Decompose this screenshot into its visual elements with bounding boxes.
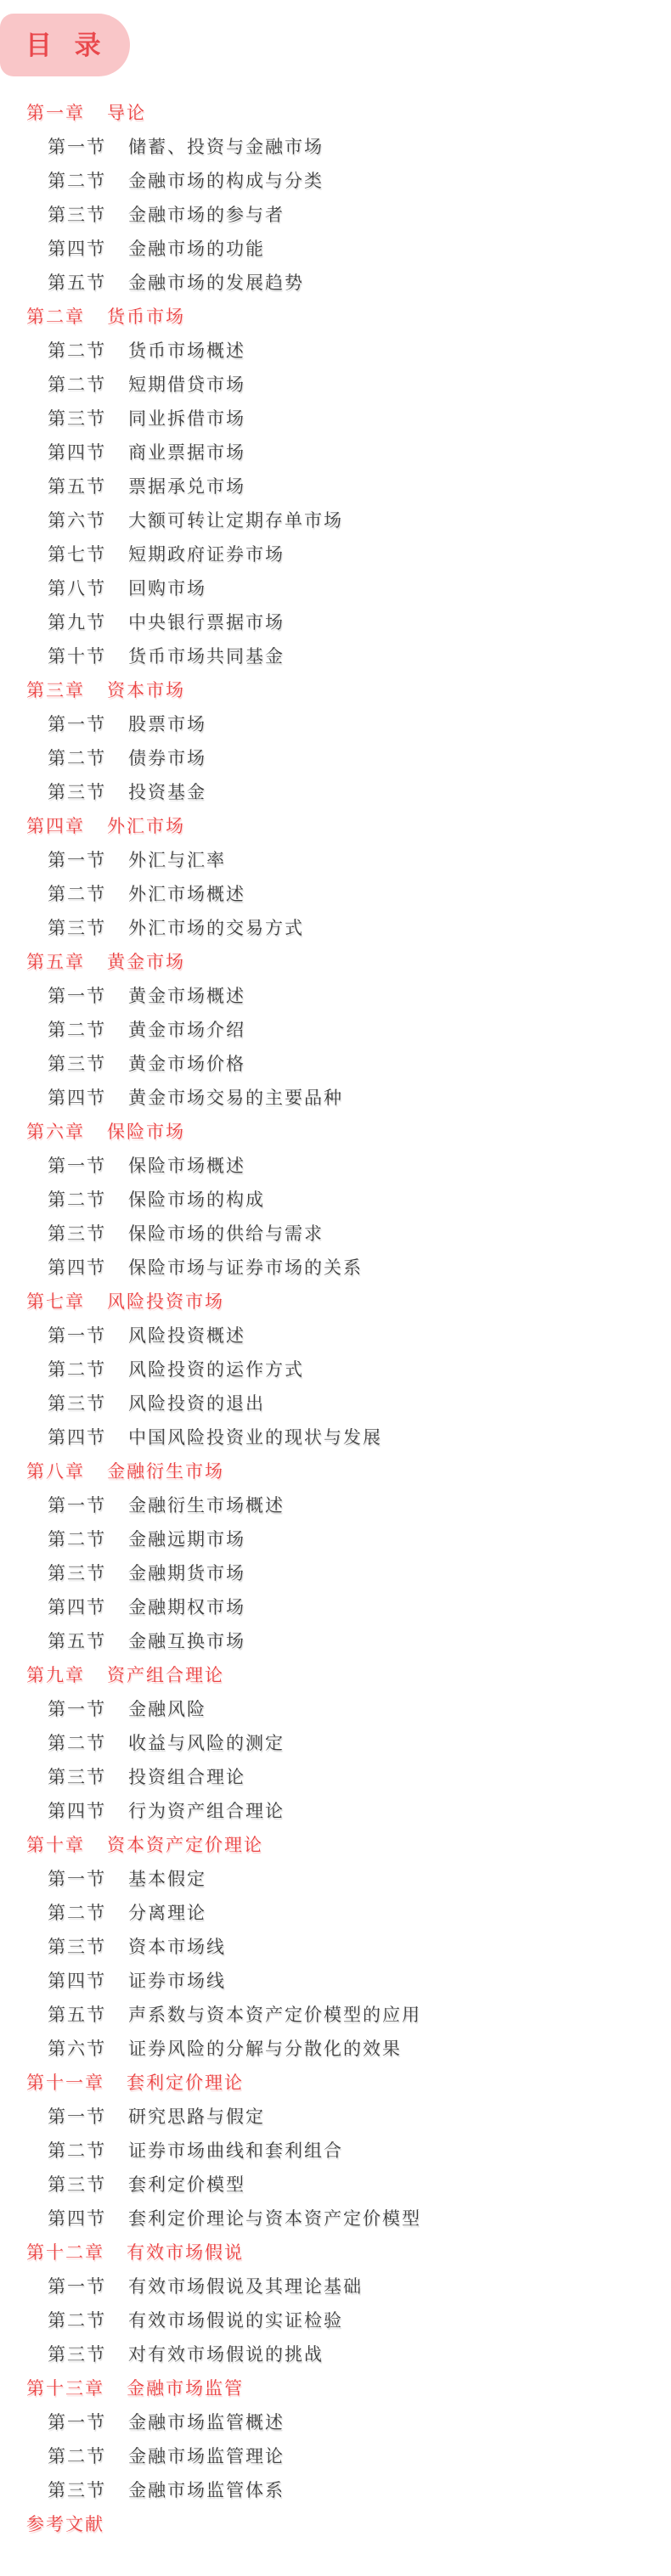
- chapter-title: 有效市场假说: [127, 2239, 244, 2264]
- section-title: 分离理论: [128, 1899, 206, 1925]
- section-title: 保险市场与证券市场的关系: [128, 1254, 363, 1280]
- toc-list: 第一章导论第一节储蓄、投资与金融市场第二节金融市场的构成与分类第三节金融市场的参…: [0, 95, 671, 2540]
- section-label: 第三节: [48, 1220, 106, 1246]
- section-label: 第一节: [48, 846, 106, 872]
- section-title: 套利定价理论与资本资产定价模型: [128, 2205, 421, 2230]
- section-title: 金融期权市场: [128, 1594, 245, 1619]
- section-label: 第四节: [48, 439, 106, 464]
- section-label: 第六节: [48, 507, 106, 532]
- section-title: 风险投资概述: [128, 1322, 245, 1347]
- section-title: 外汇与汇率: [128, 846, 226, 872]
- chapter-title: 资本资产定价理论: [107, 1831, 263, 1857]
- section-title: 储蓄、投资与金融市场: [128, 133, 324, 159]
- section-row: 第二节风险投资的运作方式: [0, 1352, 671, 1386]
- chapter-row: 第十二章有效市场假说: [0, 2235, 671, 2269]
- section-label: 第四节: [48, 2205, 106, 2230]
- section-row: 第三节对有效市场假说的挑战: [0, 2337, 671, 2371]
- chapter-row: 第五章黄金市场: [0, 944, 671, 978]
- section-row: 第三节风险投资的退出: [0, 1386, 671, 1420]
- section-title: 行为资产组合理论: [128, 1797, 285, 1823]
- section-row: 第五节声系数与资本资产定价模型的应用: [0, 1997, 671, 2031]
- section-title: 金融衍生市场概述: [128, 1492, 285, 1517]
- chapter-row: 参考文献: [0, 2506, 671, 2540]
- section-label: 第三节: [48, 201, 106, 227]
- section-row: 第二节货币市场概述: [0, 333, 671, 367]
- section-title: 外汇市场的交易方式: [128, 914, 304, 940]
- chapter-title: 金融衍生市场: [107, 1458, 224, 1483]
- section-row: 第一节基本假定: [0, 1861, 671, 1895]
- section-title: 有效市场假说及其理论基础: [128, 2273, 363, 2298]
- section-row: 第六节证券风险的分解与分散化的效果: [0, 2031, 671, 2065]
- section-label: 第一节: [48, 1322, 106, 1347]
- section-title: 货币市场概述: [128, 337, 245, 363]
- section-row: 第一节黄金市场概述: [0, 978, 671, 1012]
- chapter-title: 资本市场: [107, 677, 185, 702]
- section-label: 第二节: [48, 1356, 106, 1381]
- section-title: 声系数与资本资产定价模型的应用: [128, 2001, 421, 2027]
- section-label: 第六节: [48, 2035, 106, 2061]
- section-label: 第四节: [48, 1967, 106, 1993]
- section-title: 商业票据市场: [128, 439, 245, 464]
- section-title: 金融期货市场: [128, 1560, 245, 1585]
- section-title: 货币市场共同基金: [128, 643, 285, 668]
- section-label: 第三节: [48, 2171, 106, 2196]
- chapter-label: 第十三章: [26, 2375, 104, 2400]
- chapter-label: 第六章: [26, 1118, 85, 1144]
- section-row: 第二节金融市场的构成与分类: [0, 163, 671, 197]
- section-label: 第四节: [48, 1594, 106, 1619]
- section-label: 第五节: [48, 473, 106, 498]
- section-title: 风险投资的退出: [128, 1390, 265, 1415]
- section-title: 短期借贷市场: [128, 371, 245, 397]
- chapter-label: 第十一章: [26, 2069, 104, 2095]
- section-row: 第一节有效市场假说及其理论基础: [0, 2269, 671, 2303]
- section-label: 第一节: [48, 1152, 106, 1178]
- section-title: 黄金市场介绍: [128, 1016, 245, 1042]
- section-row: 第二节分离理论: [0, 1895, 671, 1929]
- chapter-title: 资产组合理论: [107, 1662, 224, 1687]
- section-label: 第三节: [48, 1560, 106, 1585]
- section-title: 基本假定: [128, 1865, 206, 1891]
- section-label: 第二节: [48, 1526, 106, 1551]
- section-label: 第一节: [48, 1696, 106, 1721]
- chapter-row: 第八章金融衍生市场: [0, 1454, 671, 1488]
- section-title: 投资基金: [128, 779, 206, 804]
- section-label: 第一节: [48, 2409, 106, 2434]
- section-row: 第四节套利定价理论与资本资产定价模型: [0, 2201, 671, 2235]
- chapter-label: 第十章: [26, 1831, 85, 1857]
- chapter-title: 货币市场: [107, 303, 185, 329]
- chapter-title: 风险投资市场: [107, 1288, 224, 1313]
- section-row: 第一节金融衍生市场概述: [0, 1488, 671, 1521]
- chapter-label: 第三章: [26, 677, 85, 702]
- section-row: 第三节投资基金: [0, 774, 671, 808]
- section-label: 第三节: [48, 1933, 106, 1959]
- chapter-row: 第二章货币市场: [0, 299, 671, 333]
- section-title: 金融市场的构成与分类: [128, 167, 324, 193]
- chapter-row: 第十章资本资产定价理论: [0, 1827, 671, 1861]
- section-row: 第四节金融期权市场: [0, 1589, 671, 1623]
- section-title: 研究思路与假定: [128, 2103, 265, 2129]
- section-title: 投资组合理论: [128, 1763, 245, 1789]
- section-row: 第二节金融远期市场: [0, 1521, 671, 1555]
- section-row: 第一节研究思路与假定: [0, 2099, 671, 2133]
- chapter-row: 第七章风险投资市场: [0, 1284, 671, 1318]
- section-label: 第三节: [48, 779, 106, 804]
- section-row: 第一节保险市场概述: [0, 1148, 671, 1182]
- section-row: 第三节金融市场的参与者: [0, 197, 671, 231]
- section-label: 第三节: [48, 1050, 106, 1076]
- chapter-title: 黄金市场: [107, 948, 185, 974]
- section-title: 金融风险: [128, 1696, 206, 1721]
- chapter-title: 保险市场: [107, 1118, 185, 1144]
- section-title: 债券市场: [128, 745, 206, 770]
- chapter-label: 第八章: [26, 1458, 85, 1483]
- section-row: 第九节中央银行票据市场: [0, 605, 671, 638]
- section-title: 套利定价模型: [128, 2171, 245, 2196]
- section-row: 第一节金融市场监管概述: [0, 2404, 671, 2438]
- section-label: 第二节: [48, 1016, 106, 1042]
- section-label: 第二节: [48, 745, 106, 770]
- chapter-title: 金融市场监管: [127, 2375, 244, 2400]
- section-title: 黄金市场概述: [128, 982, 245, 1008]
- section-row: 第一节金融风险: [0, 1691, 671, 1725]
- chapter-label: 第五章: [26, 948, 85, 974]
- section-label: 第一节: [48, 711, 106, 736]
- section-label: 第二节: [48, 2307, 106, 2332]
- section-row: 第八节回购市场: [0, 571, 671, 605]
- section-title: 有效市场假说的实证检验: [128, 2307, 343, 2332]
- section-title: 中央银行票据市场: [128, 609, 285, 634]
- section-label: 第一节: [48, 1492, 106, 1517]
- section-row: 第六节大额可转让定期存单市场: [0, 503, 671, 537]
- section-row: 第十节货币市场共同基金: [0, 638, 671, 672]
- section-label: 第五节: [48, 2001, 106, 2027]
- section-label: 第二节: [48, 371, 106, 397]
- section-row: 第二节短期借贷市场: [0, 367, 671, 401]
- chapter-row: 第四章外汇市场: [0, 808, 671, 842]
- section-label: 第一节: [48, 1865, 106, 1891]
- section-row: 第三节投资组合理论: [0, 1759, 671, 1793]
- section-label: 第四节: [48, 1254, 106, 1280]
- section-row: 第三节金融期货市场: [0, 1555, 671, 1589]
- section-title: 收益与风险的测定: [128, 1730, 285, 1755]
- section-row: 第一节风险投资概述: [0, 1318, 671, 1352]
- section-title: 金融远期市场: [128, 1526, 245, 1551]
- section-row: 第三节黄金市场价格: [0, 1046, 671, 1080]
- section-row: 第二节债券市场: [0, 740, 671, 774]
- section-title: 同业拆借市场: [128, 405, 245, 430]
- section-row: 第三节保险市场的供给与需求: [0, 1216, 671, 1250]
- section-label: 第五节: [48, 1628, 106, 1653]
- section-label: 第四节: [48, 1084, 106, 1110]
- chapter-title: 外汇市场: [107, 813, 185, 838]
- section-row: 第三节套利定价模型: [0, 2167, 671, 2201]
- section-title: 金融市场监管概述: [128, 2409, 285, 2434]
- section-row: 第一节股票市场: [0, 706, 671, 740]
- chapter-title: 参考文献: [26, 2511, 104, 2536]
- section-title: 金融市场的功能: [128, 235, 265, 261]
- chapter-label: 第十二章: [26, 2239, 104, 2264]
- section-row: 第三节金融市场监管体系: [0, 2472, 671, 2506]
- section-title: 对有效市场假说的挑战: [128, 2341, 324, 2366]
- section-label: 第二节: [48, 167, 106, 193]
- toc-page: 目 录 第一章导论第一节储蓄、投资与金融市场第二节金融市场的构成与分类第三节金融…: [0, 0, 671, 2576]
- chapter-title: 导论: [107, 99, 146, 125]
- section-title: 短期政府证券市场: [128, 541, 285, 566]
- section-row: 第四节证券市场线: [0, 1963, 671, 1997]
- section-label: 第三节: [48, 1390, 106, 1415]
- section-title: 金融市场监管理论: [128, 2443, 285, 2468]
- section-label: 第一节: [48, 2273, 106, 2298]
- chapter-row: 第十三章金融市场监管: [0, 2371, 671, 2404]
- section-label: 第十节: [48, 643, 106, 668]
- section-label: 第七节: [48, 541, 106, 566]
- chapter-label: 第二章: [26, 303, 85, 329]
- section-row: 第四节中国风险投资业的现状与发展: [0, 1420, 671, 1454]
- section-title: 证券风险的分解与分散化的效果: [128, 2035, 402, 2061]
- section-title: 票据承兑市场: [128, 473, 245, 498]
- section-title: 保险市场的构成: [128, 1186, 265, 1212]
- section-label: 第二节: [48, 337, 106, 363]
- section-row: 第三节外汇市场的交易方式: [0, 910, 671, 944]
- section-row: 第二节收益与风险的测定: [0, 1725, 671, 1759]
- section-label: 第二节: [48, 880, 106, 906]
- section-row: 第四节黄金市场交易的主要品种: [0, 1080, 671, 1114]
- section-row: 第四节保险市场与证券市场的关系: [0, 1250, 671, 1284]
- chapter-row: 第六章保险市场: [0, 1114, 671, 1148]
- section-row: 第二节外汇市场概述: [0, 876, 671, 910]
- section-row: 第五节金融互换市场: [0, 1623, 671, 1657]
- section-label: 第三节: [48, 405, 106, 430]
- section-row: 第二节保险市场的构成: [0, 1182, 671, 1216]
- section-title: 保险市场的供给与需求: [128, 1220, 324, 1246]
- section-title: 证券市场线: [128, 1967, 226, 1993]
- chapter-label: 第四章: [26, 813, 85, 838]
- section-title: 风险投资的运作方式: [128, 1356, 304, 1381]
- section-label: 第二节: [48, 2443, 106, 2468]
- section-title: 股票市场: [128, 711, 206, 736]
- toc-header-badge: 目 录: [0, 14, 130, 76]
- section-title: 大额可转让定期存单市场: [128, 507, 343, 532]
- section-title: 黄金市场价格: [128, 1050, 245, 1076]
- section-title: 黄金市场交易的主要品种: [128, 1084, 343, 1110]
- section-title: 金融市场的发展趋势: [128, 269, 304, 295]
- section-row: 第一节外汇与汇率: [0, 842, 671, 876]
- section-title: 金融市场监管体系: [128, 2477, 285, 2502]
- section-row: 第二节有效市场假说的实证检验: [0, 2303, 671, 2337]
- section-row: 第五节金融市场的发展趋势: [0, 265, 671, 299]
- section-row: 第四节金融市场的功能: [0, 231, 671, 265]
- section-title: 外汇市场概述: [128, 880, 245, 906]
- section-row: 第二节黄金市场介绍: [0, 1012, 671, 1046]
- section-label: 第三节: [48, 914, 106, 940]
- chapter-label: 第九章: [26, 1662, 85, 1687]
- section-label: 第八节: [48, 575, 106, 600]
- section-label: 第四节: [48, 1424, 106, 1449]
- chapter-row: 第九章资产组合理论: [0, 1657, 671, 1691]
- section-title: 证券市场曲线和套利组合: [128, 2137, 343, 2163]
- section-title: 资本市场线: [128, 1933, 226, 1959]
- section-label: 第五节: [48, 269, 106, 295]
- section-row: 第三节同业拆借市场: [0, 401, 671, 435]
- section-label: 第一节: [48, 982, 106, 1008]
- section-label: 第一节: [48, 2103, 106, 2129]
- section-row: 第二节金融市场监管理论: [0, 2438, 671, 2472]
- section-title: 保险市场概述: [128, 1152, 245, 1178]
- section-row: 第二节证券市场曲线和套利组合: [0, 2133, 671, 2167]
- section-title: 中国风险投资业的现状与发展: [128, 1424, 382, 1449]
- section-row: 第三节资本市场线: [0, 1929, 671, 1963]
- section-row: 第一节储蓄、投资与金融市场: [0, 129, 671, 163]
- section-label: 第二节: [48, 1186, 106, 1212]
- section-label: 第一节: [48, 133, 106, 159]
- section-title: 回购市场: [128, 575, 206, 600]
- section-title: 金融互换市场: [128, 1628, 245, 1653]
- toc-page-title: 目 录: [25, 32, 109, 59]
- section-label: 第三节: [48, 2477, 106, 2502]
- section-row: 第七节短期政府证券市场: [0, 537, 671, 571]
- section-label: 第四节: [48, 235, 106, 261]
- section-label: 第九节: [48, 609, 106, 634]
- chapter-title: 套利定价理论: [127, 2069, 244, 2095]
- section-row: 第四节行为资产组合理论: [0, 1793, 671, 1827]
- chapter-row: 第十一章套利定价理论: [0, 2065, 671, 2099]
- section-row: 第四节商业票据市场: [0, 435, 671, 469]
- section-label: 第二节: [48, 2137, 106, 2163]
- section-title: 金融市场的参与者: [128, 201, 285, 227]
- section-label: 第三节: [48, 1763, 106, 1789]
- section-label: 第二节: [48, 1899, 106, 1925]
- chapter-row: 第一章导论: [0, 95, 671, 129]
- chapter-label: 第一章: [26, 99, 85, 125]
- chapter-label: 第七章: [26, 1288, 85, 1313]
- section-label: 第二节: [48, 1730, 106, 1755]
- section-row: 第五节票据承兑市场: [0, 469, 671, 503]
- chapter-row: 第三章资本市场: [0, 672, 671, 706]
- section-label: 第三节: [48, 2341, 106, 2366]
- section-label: 第四节: [48, 1797, 106, 1823]
